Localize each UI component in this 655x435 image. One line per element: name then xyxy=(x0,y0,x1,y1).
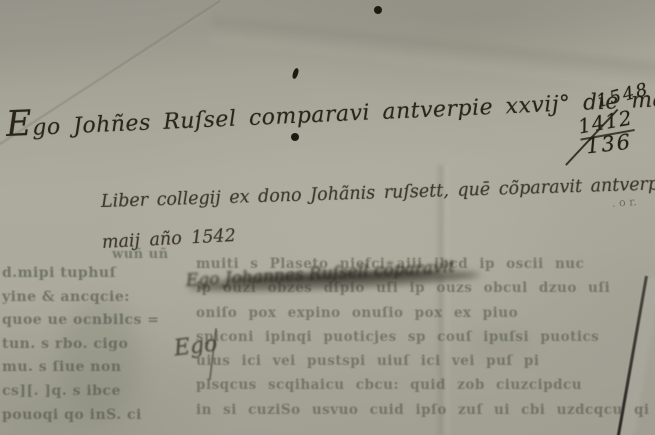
bleedthrough-line: oniſo pox expino onuſio pox ex piuo xyxy=(196,301,650,325)
ex-dono-inscription-line1: Liber collegij ex dono Johãnis ruſsett, … xyxy=(101,171,655,212)
ink-dot xyxy=(291,67,299,79)
ownership-inscription: Ego Johñes Ruſsel comparavi antverpie xx… xyxy=(5,73,655,145)
manuscript-photo: wuñ uñ d.mipi tuphuſ yine & ancqcie: quo… xyxy=(0,0,655,435)
bleedthrough-left-column: d.mipi tuphuſ yine & ancqcie: quoe ue oc… xyxy=(2,262,160,427)
bleedthrough-line: cs][. ]q. s ibce xyxy=(2,380,160,404)
bleedthrough-line: plsqcus scqihaicu cbcu: quid zob ciuzcip… xyxy=(196,373,650,397)
ink-dot xyxy=(374,6,382,14)
bleedthrough-line: in si cuziSo usvuo cuid ipſo zuſ ui cbi … xyxy=(196,398,650,422)
faint-pen-marks: . o r. xyxy=(612,195,638,210)
bleedthrough-line: yine & ancqcie: xyxy=(2,286,160,310)
bleedthrough-line: tun. s rbo. cigo xyxy=(2,333,160,357)
ex-dono-inscription-line2: maij año 1542 xyxy=(101,226,236,253)
ink-dot xyxy=(291,133,299,141)
bleedthrough-line: uius ici vei pustspi uiuſ ici vei puſ pi xyxy=(196,349,650,373)
bleedthrough-line: quoe ue ocnbilcs = xyxy=(2,309,160,333)
bleedthrough-line: spiconi ipinqi puoticjes sp couſ ipuſsi … xyxy=(196,325,650,349)
bleedthrough-line: pouoqi qo inS. ci xyxy=(2,404,160,428)
bleedthrough-line: mu. s ſiue non xyxy=(2,356,160,380)
bleedthrough-line: d.mipi tuphuſ xyxy=(2,262,160,286)
